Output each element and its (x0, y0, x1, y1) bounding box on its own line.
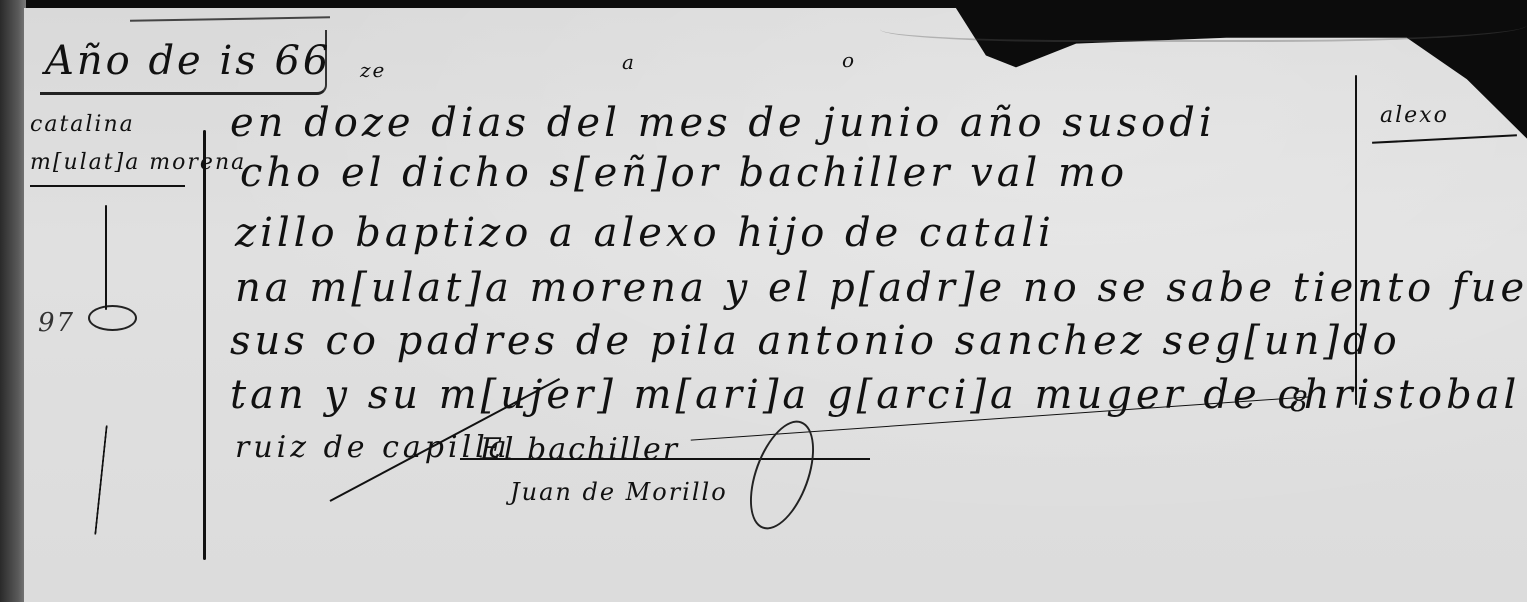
superscript-june: o (842, 48, 856, 72)
margin-flourish-mark (88, 305, 137, 331)
body-line-5: sus co padres de pila antonio sanchez se… (230, 318, 1401, 364)
torn-top-edge (880, 0, 1527, 42)
margin-name-line2: m[ulat]a morena (30, 150, 246, 175)
margin-vertical-stroke (105, 205, 107, 310)
folio-number: 97 (38, 308, 75, 338)
margin-name-line1: catalina (30, 112, 135, 137)
binding-shadow (0, 0, 26, 602)
margin-name-right: alexo (1380, 103, 1449, 128)
superscript-day: ze (360, 58, 386, 82)
scanned-page: Año de is 66 catalina m[ulat]a morena 97… (0, 0, 1527, 602)
year-heading: Año de is 66 (45, 38, 331, 84)
body-line-3: zillo baptizo a alexo hijo de catali (235, 210, 1055, 256)
margin-underline (30, 185, 185, 187)
body-line-2: cho el dicho s[eñ]or bachiller val mo (240, 150, 1128, 196)
left-bracket (203, 130, 206, 560)
signature-line1: El bachiller (480, 432, 679, 467)
end-mark: 8 (1290, 385, 1310, 418)
body-line-4: na m[ulat]a morena y el p[adr]e no se sa… (235, 265, 1527, 311)
body-line-6: tan y su m[ujer] m[ari]a g[arci]a muger … (230, 372, 1520, 418)
superscript-month: a (622, 50, 636, 74)
body-line-1: en doze dias del mes de junio año susodi (230, 100, 1216, 146)
signature-line2: Juan de Morillo (510, 478, 728, 506)
